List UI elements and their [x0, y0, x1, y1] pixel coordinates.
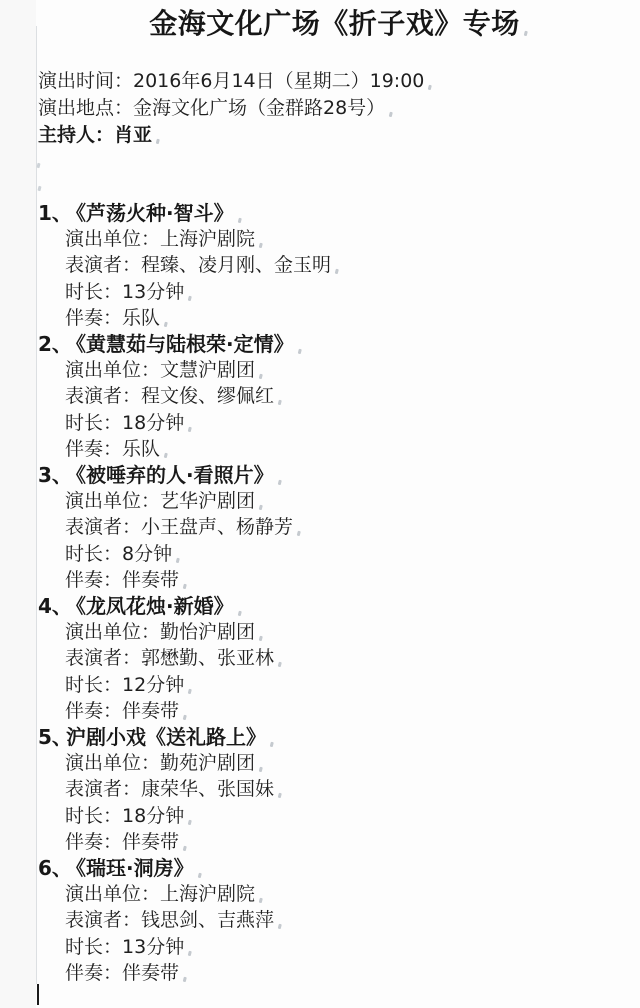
info-block: 演出时间：2016年6月14日（星期二）19:00 演出地点：金海文化广场（金群…	[38, 68, 432, 149]
paragraph-mark	[36, 163, 40, 169]
item-performers-line: 表演者：郭懋勤、张亚林	[38, 645, 339, 671]
unit-value: 勤怡沪剧团	[160, 621, 255, 643]
item-title-line: 6、《瑞珏·洞房》	[38, 855, 339, 881]
item-title: 《瑞珏·洞房》	[66, 856, 194, 880]
performers-value: 程臻、凌月刚、金玉明	[141, 254, 331, 276]
host-line: 主持人：肖亚	[38, 122, 432, 149]
item-duration-line: 时长：18分钟	[38, 410, 339, 436]
page-title: 金海文化广场《折子戏》专场	[37, 6, 640, 42]
unit-value: 上海沪剧院	[160, 228, 255, 250]
duration-value: 13分钟	[122, 936, 184, 958]
performers-label: 表演者：	[65, 647, 141, 669]
show-time-line: 演出时间：2016年6月14日（星期二）19:00	[38, 68, 432, 95]
unit-label: 演出单位：	[65, 228, 160, 250]
item-accompaniment-line: 伴奏：伴奏带	[38, 698, 339, 724]
item-accompaniment-line: 伴奏：伴奏带	[38, 960, 339, 986]
duration-value: 12分钟	[122, 674, 184, 696]
performers-label: 表演者：	[65, 909, 141, 931]
item-number: 2、	[38, 331, 66, 357]
item-unit-line: 演出单位：上海沪剧院	[38, 226, 339, 252]
duration-label: 时长：	[65, 543, 122, 565]
program-item-6: 6、《瑞珏·洞房》 演出单位：上海沪剧院 表演者：钱思剑、吉燕萍 时长：13分钟…	[38, 855, 339, 986]
accompaniment-label: 伴奏：	[65, 962, 122, 984]
unit-value: 上海沪剧院	[160, 883, 255, 905]
accompaniment-value: 乐队	[122, 438, 160, 460]
item-unit-line: 演出单位：勤苑沪剧团	[38, 750, 339, 776]
performers-value: 郭懋勤、张亚林	[141, 647, 274, 669]
duration-value: 18分钟	[122, 805, 184, 827]
item-title-line: 3、《被唾弃的人·看照片》	[38, 462, 339, 488]
item-unit-line: 演出单位：文慧沪剧团	[38, 357, 339, 383]
item-duration-line: 时长：12分钟	[38, 672, 339, 698]
accompaniment-value: 伴奏带	[122, 700, 179, 722]
duration-label: 时长：	[65, 281, 122, 303]
item-number: 6、	[38, 855, 66, 881]
program-list: 1、《芦荡火种·智斗》 演出单位：上海沪剧院 表演者：程臻、凌月刚、金玉明 时长…	[38, 200, 339, 986]
unit-value: 文慧沪剧团	[160, 359, 255, 381]
item-performers-line: 表演者：小王盘声、杨静芳	[38, 514, 339, 540]
item-performers-line: 表演者：程臻、凌月刚、金玉明	[38, 252, 339, 278]
performers-label: 表演者：	[65, 385, 141, 407]
program-item-2: 2、《黄慧茹与陆根荣·定情》 演出单位：文慧沪剧团 表演者：程文俊、缪佩红 时长…	[38, 331, 339, 462]
item-title-line: 5、沪剧小戏《送礼路上》	[38, 724, 339, 750]
item-title: 《芦荡火种·智斗》	[66, 201, 234, 225]
performers-value: 钱思剑、吉燕萍	[141, 909, 274, 931]
program-item-1: 1、《芦荡火种·智斗》 演出单位：上海沪剧院 表演者：程臻、凌月刚、金玉明 时长…	[38, 200, 339, 331]
page-edge-line	[36, 26, 37, 984]
item-number: 5、	[38, 724, 66, 750]
accompaniment-value: 伴奏带	[122, 569, 179, 591]
duration-value: 18分钟	[122, 412, 184, 434]
item-performers-line: 表演者：程文俊、缪佩红	[38, 383, 339, 409]
item-duration-line: 时长：8分钟	[38, 541, 339, 567]
performers-label: 表演者：	[65, 516, 141, 538]
page-left-margin	[0, 0, 36, 1008]
duration-value: 8分钟	[122, 543, 172, 565]
unit-label: 演出单位：	[65, 359, 160, 381]
performers-label: 表演者：	[65, 778, 141, 800]
accompaniment-label: 伴奏：	[65, 569, 122, 591]
program-item-4: 4、《龙凤花烛·新婚》 演出单位：勤怡沪剧团 表演者：郭懋勤、张亚林 时长：12…	[38, 593, 339, 724]
text-cursor[interactable]	[37, 984, 39, 1005]
performers-label: 表演者：	[65, 254, 141, 276]
accompaniment-label: 伴奏：	[65, 307, 122, 329]
item-unit-line: 演出单位：艺华沪剧团	[38, 488, 339, 514]
item-number: 3、	[38, 462, 66, 488]
duration-label: 时长：	[65, 936, 122, 958]
accompaniment-value: 伴奏带	[122, 831, 179, 853]
item-number: 1、	[38, 200, 66, 226]
accompaniment-label: 伴奏：	[65, 831, 122, 853]
program-item-3: 3、《被唾弃的人·看照片》 演出单位：艺华沪剧团 表演者：小王盘声、杨静芳 时长…	[38, 462, 339, 593]
program-item-5: 5、沪剧小戏《送礼路上》 演出单位：勤苑沪剧团 表演者：康荣华、张国妹 时长：1…	[38, 724, 339, 855]
item-title-line: 2、《黄慧茹与陆根荣·定情》	[38, 331, 339, 357]
item-performers-line: 表演者：钱思剑、吉燕萍	[38, 907, 339, 933]
item-duration-line: 时长：18分钟	[38, 803, 339, 829]
item-title-line: 1、《芦荡火种·智斗》	[38, 200, 339, 226]
item-duration-line: 时长：13分钟	[38, 279, 339, 305]
item-unit-line: 演出单位：勤怡沪剧团	[38, 619, 339, 645]
document-page[interactable]: 金海文化广场《折子戏》专场 演出时间：2016年6月14日（星期二）19:00 …	[0, 0, 640, 1008]
performers-value: 程文俊、缪佩红	[141, 385, 274, 407]
item-title: 沪剧小戏《送礼路上》	[66, 725, 266, 749]
item-duration-line: 时长：13分钟	[38, 934, 339, 960]
duration-label: 时长：	[65, 805, 122, 827]
item-title: 《黄慧茹与陆根荣·定情》	[66, 332, 294, 356]
unit-label: 演出单位：	[65, 752, 160, 774]
accompaniment-label: 伴奏：	[65, 438, 122, 460]
unit-label: 演出单位：	[65, 883, 160, 905]
accompaniment-label: 伴奏：	[65, 700, 122, 722]
item-accompaniment-line: 伴奏：乐队	[38, 305, 339, 331]
item-accompaniment-line: 伴奏：伴奏带	[38, 829, 339, 855]
duration-value: 13分钟	[122, 281, 184, 303]
unit-label: 演出单位：	[65, 490, 160, 512]
item-number: 4、	[38, 593, 66, 619]
item-title-line: 4、《龙凤花烛·新婚》	[38, 593, 339, 619]
performers-value: 小王盘声、杨静芳	[141, 516, 293, 538]
duration-label: 时长：	[65, 412, 122, 434]
performers-value: 康荣华、张国妹	[141, 778, 274, 800]
unit-label: 演出单位：	[65, 621, 160, 643]
item-accompaniment-line: 伴奏：乐队	[38, 436, 339, 462]
show-place-line: 演出地点：金海文化广场（金群路28号）	[38, 95, 432, 122]
item-unit-line: 演出单位：上海沪剧院	[38, 881, 339, 907]
unit-value: 勤苑沪剧团	[160, 752, 255, 774]
paragraph-mark	[37, 186, 41, 192]
unit-value: 艺华沪剧团	[160, 490, 255, 512]
item-performers-line: 表演者：康荣华、张国妹	[38, 776, 339, 802]
duration-label: 时长：	[65, 674, 122, 696]
accompaniment-value: 伴奏带	[122, 962, 179, 984]
item-title: 《被唾弃的人·看照片》	[66, 463, 274, 487]
item-accompaniment-line: 伴奏：伴奏带	[38, 567, 339, 593]
accompaniment-value: 乐队	[122, 307, 160, 329]
item-title: 《龙凤花烛·新婚》	[66, 594, 234, 618]
